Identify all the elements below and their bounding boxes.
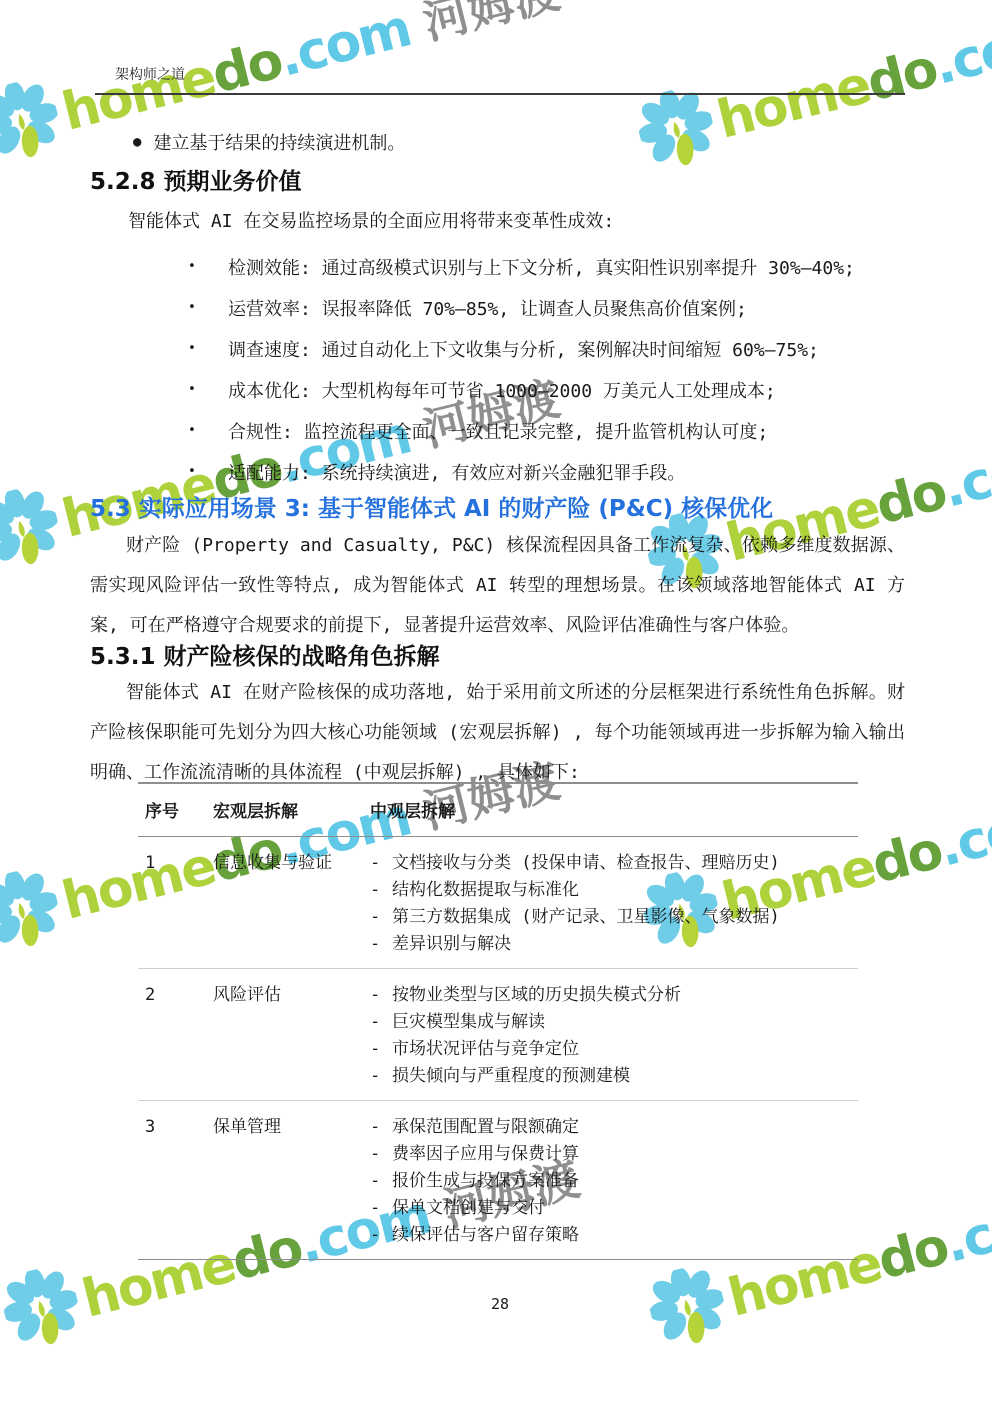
row-index: 2 bbox=[138, 982, 213, 1090]
bullet-icon: ● bbox=[133, 134, 141, 150]
section-heading-528: 5.2.8 预期业务价值 bbox=[90, 163, 302, 196]
section-528-intro: 智能体式 AI 在交易监控场景的全面应用将带来变革性成效: bbox=[128, 207, 614, 233]
dash-marker: - bbox=[370, 904, 392, 931]
list-item: ● 建立基于结果的持续演进机制。 bbox=[133, 129, 405, 155]
detail-item: -文档接收与分类 (投保申请、检查报告、理赔历史) bbox=[370, 850, 858, 877]
list-item: •合规性: 监控流程更全面、一致且记录完整, 提升监管机构认可度; bbox=[188, 410, 855, 451]
list-item-text: 适配能力: 系统持续演进, 有效应对新兴金融犯罪手段。 bbox=[228, 459, 685, 485]
dash-marker: - bbox=[370, 1195, 392, 1222]
benefit-list: •检测效能: 通过高级模式识别与上下文分析, 真实阳性识别率提升 30%–40%… bbox=[188, 246, 855, 492]
list-item: •适配能力: 系统持续演进, 有效应对新兴金融犯罪手段。 bbox=[188, 451, 855, 492]
macro-label: 信息收集与验证 bbox=[213, 850, 370, 958]
detail-item: -按物业类型与区域的历史损失模式分析 bbox=[370, 982, 858, 1009]
detail-item: -承保范围配置与限额确定 bbox=[370, 1114, 858, 1141]
detail-item-text: 费率因子应用与保费计算 bbox=[392, 1141, 579, 1168]
row-index: 3 bbox=[138, 1114, 213, 1249]
table-header-row: 序号 宏观层拆解 中观层拆解 bbox=[138, 782, 858, 837]
detail-item: -结构化数据提取与标准化 bbox=[370, 877, 858, 904]
dash-marker: - bbox=[370, 1168, 392, 1195]
detail-item: -损失倾向与严重程度的预测建模 bbox=[370, 1063, 858, 1090]
column-header-meso: 中观层拆解 bbox=[370, 797, 858, 822]
dash-marker: - bbox=[370, 1141, 392, 1168]
detail-item-text: 差异识别与解决 bbox=[392, 931, 511, 958]
bullet-icon: • bbox=[188, 259, 228, 274]
list-item-text: 调查速度: 通过自动化上下文收集与分析, 案例解决时间缩短 60%–75%; bbox=[228, 336, 819, 362]
detail-item-text: 结构化数据提取与标准化 bbox=[392, 877, 579, 904]
detail-items: -按物业类型与区域的历史损失模式分析 -巨灾模型集成与解读 -市场状况评估与竞争… bbox=[370, 982, 858, 1090]
detail-item-text: 保单文档创建与交付 bbox=[392, 1195, 545, 1222]
list-item: •成本优化: 大型机构每年可节省 1000–2000 万美元人工处理成本; bbox=[188, 369, 855, 410]
section-heading-53: 5.3 实际应用场景 3: 基于智能体式 AI 的财产险 (P&C) 核保优化 bbox=[90, 490, 773, 523]
table-row: 3 保单管理 -承保范围配置与限额确定 -费率因子应用与保费计算 -报价生成与投… bbox=[138, 1101, 858, 1260]
detail-item-text: 巨灾模型集成与解读 bbox=[392, 1009, 545, 1036]
list-item: •调查速度: 通过自动化上下文收集与分析, 案例解决时间缩短 60%–75%; bbox=[188, 328, 855, 369]
document-page: homedo.com 河姆渡 homedo.com 河姆渡 homedo.com… bbox=[0, 0, 992, 1403]
list-item-text: 成本优化: 大型机构每年可节省 1000–2000 万美元人工处理成本; bbox=[228, 377, 776, 403]
detail-item: -差异识别与解决 bbox=[370, 931, 858, 958]
detail-item: -市场状况评估与竞争定位 bbox=[370, 1036, 858, 1063]
column-header-no: 序号 bbox=[138, 797, 213, 822]
detail-item: -巨灾模型集成与解读 bbox=[370, 1009, 858, 1036]
document-content: 架构师之道 ● 建立基于结果的持续演进机制。 5.2.8 预期业务价值 智能体式… bbox=[0, 0, 992, 1403]
dash-marker: - bbox=[370, 1222, 392, 1249]
dash-marker: - bbox=[370, 1063, 392, 1090]
header-rule bbox=[95, 93, 905, 95]
dash-marker: - bbox=[370, 982, 392, 1009]
detail-items: -文档接收与分类 (投保申请、检查报告、理赔历史) -结构化数据提取与标准化 -… bbox=[370, 850, 858, 958]
list-item: •运营效率: 误报率降低 70%–85%, 让调查人员聚焦高价值案例; bbox=[188, 287, 855, 328]
detail-item-text: 承保范围配置与限额确定 bbox=[392, 1114, 579, 1141]
detail-item: -费率因子应用与保费计算 bbox=[370, 1141, 858, 1168]
dash-marker: - bbox=[370, 1114, 392, 1141]
detail-item: -第三方数据集成 (财产记录、卫星影像、气象数据) bbox=[370, 904, 858, 931]
list-item: •检测效能: 通过高级模式识别与上下文分析, 真实阳性识别率提升 30%–40%… bbox=[188, 246, 855, 287]
bullet-icon: • bbox=[188, 464, 228, 479]
page-number: 28 bbox=[0, 1295, 992, 1313]
dash-marker: - bbox=[370, 931, 392, 958]
bullet-icon: • bbox=[188, 300, 228, 315]
detail-item-text: 市场状况评估与竞争定位 bbox=[392, 1036, 579, 1063]
macro-label: 风险评估 bbox=[213, 982, 370, 1090]
detail-item-text: 续保评估与客户留存策略 bbox=[392, 1222, 579, 1249]
bullet-icon: • bbox=[188, 341, 228, 356]
dash-marker: - bbox=[370, 1009, 392, 1036]
list-item-text: 建立基于结果的持续演进机制。 bbox=[153, 129, 405, 155]
decomposition-table: 序号 宏观层拆解 中观层拆解 1 信息收集与验证 -文档接收与分类 (投保申请、… bbox=[138, 782, 858, 1260]
detail-item: -保单文档创建与交付 bbox=[370, 1195, 858, 1222]
macro-label: 保单管理 bbox=[213, 1114, 370, 1249]
dash-marker: - bbox=[370, 877, 392, 904]
detail-items: -承保范围配置与限额确定 -费率因子应用与保费计算 -报价生成与投保方案准备 -… bbox=[370, 1114, 858, 1249]
detail-item-text: 文档接收与分类 (投保申请、检查报告、理赔历史) bbox=[392, 850, 780, 877]
detail-item-text: 报价生成与投保方案准备 bbox=[392, 1168, 579, 1195]
column-header-macro: 宏观层拆解 bbox=[213, 797, 370, 822]
detail-item: -报价生成与投保方案准备 bbox=[370, 1168, 858, 1195]
dash-marker: - bbox=[370, 1036, 392, 1063]
table-row: 2 风险评估 -按物业类型与区域的历史损失模式分析 -巨灾模型集成与解读 -市场… bbox=[138, 969, 858, 1101]
section-53-paragraph: 财产险 (Property and Casualty, P&C) 核保流程因具备… bbox=[90, 526, 905, 646]
running-header-title: 架构师之道 bbox=[115, 64, 185, 84]
dash-marker: - bbox=[370, 850, 392, 877]
detail-item-text: 损失倾向与严重程度的预测建模 bbox=[392, 1063, 630, 1090]
list-item-text: 运营效率: 误报率降低 70%–85%, 让调查人员聚焦高价值案例; bbox=[228, 295, 747, 321]
detail-item-text: 按物业类型与区域的历史损失模式分析 bbox=[392, 982, 681, 1009]
row-index: 1 bbox=[138, 850, 213, 958]
bullet-icon: • bbox=[188, 423, 228, 438]
list-item-text: 合规性: 监控流程更全面、一致且记录完整, 提升监管机构认可度; bbox=[228, 418, 768, 444]
detail-item-text: 第三方数据集成 (财产记录、卫星影像、气象数据) bbox=[392, 904, 780, 931]
detail-item: -续保评估与客户留存策略 bbox=[370, 1222, 858, 1249]
bullet-icon: • bbox=[188, 382, 228, 397]
list-item-text: 检测效能: 通过高级模式识别与上下文分析, 真实阳性识别率提升 30%–40%; bbox=[228, 254, 855, 280]
section-531-paragraph: 智能体式 AI 在财产险核保的成功落地, 始于采用前文所述的分层框架进行系统性角… bbox=[90, 673, 905, 793]
section-heading-531: 5.3.1 财产险核保的战略角色拆解 bbox=[90, 638, 440, 671]
table-row: 1 信息收集与验证 -文档接收与分类 (投保申请、检查报告、理赔历史) -结构化… bbox=[138, 837, 858, 969]
